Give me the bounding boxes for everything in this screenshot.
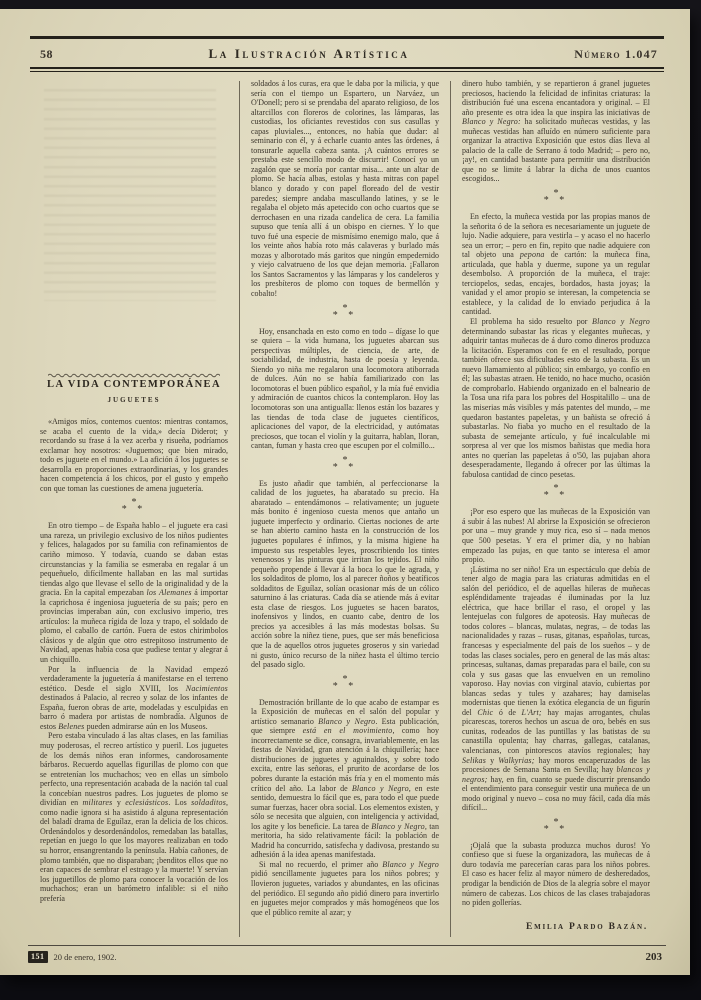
column-right: dinero hubo también, y se repartieron á …: [462, 79, 650, 937]
column-divider-left: [239, 81, 240, 937]
paragraph: ¡Lástima no ser niño! Era un espectáculo…: [462, 565, 650, 813]
header-rule: [30, 67, 664, 72]
paragraph: El problema ha sido resuelto por Blanco …: [462, 317, 650, 479]
wavy-rule: [48, 365, 220, 371]
issue-badge: 151: [28, 951, 48, 963]
asterism-divider: ** *: [462, 191, 650, 204]
top-border-rule: [30, 36, 664, 39]
paragraph: Pero estaba vinculado á las altas clases…: [40, 731, 228, 903]
asterism-divider: ** *: [251, 677, 439, 690]
column-middle: soldados á los curas, era que le daba po…: [251, 79, 439, 937]
paragraph: Por la influencia de la Navidad empezó v…: [40, 665, 228, 732]
wavy-rule-glyph: [48, 372, 220, 378]
article-subtitle: JUGUETES: [40, 396, 228, 404]
paragraph: ¡Ojalá que la subasta produzca muchos du…: [462, 841, 650, 908]
asterism-divider: ** *: [251, 458, 439, 471]
bleed-through-ghost: [40, 79, 228, 365]
magazine-page: 58 La Ilustración Artística Número 1.047…: [0, 9, 690, 975]
page-footer: 151 20 de enero, 1902. 203: [28, 945, 666, 963]
paragraph: soldados á los curas, era que le daba po…: [251, 79, 439, 299]
paragraph: Demostración brillante de lo que acabo d…: [251, 698, 439, 860]
page-header: 58 La Ilustración Artística Número 1.047: [40, 46, 658, 62]
paragraph: Es justo añadir que también, al perfecci…: [251, 479, 439, 670]
paragraph: Hoy, ensanchada en esto como en todo – d…: [251, 327, 439, 451]
paragraph: «Amigos míos, contemos cuentos: mientras…: [40, 417, 228, 493]
page-number-left: 58: [40, 47, 110, 62]
asterism-divider: ** *: [462, 486, 650, 499]
paragraph: dinero hubo también, y se repartieron á …: [462, 79, 650, 184]
asterism-divider: ** *: [40, 500, 228, 513]
author-signature: Emilia Pardo Bazán.: [462, 922, 650, 932]
paragraph: ¡Por eso espero que las muñecas de la Ex…: [462, 507, 650, 564]
asterism-divider: ** *: [462, 820, 650, 833]
section-title: LA VIDA CONTEMPORÁNEA: [40, 379, 228, 390]
paragraph: En otro tiempo – de España hablo – el ju…: [40, 521, 228, 664]
article-columns: LA VIDA CONTEMPORÁNEAJUGUETES«Amigos mío…: [40, 79, 690, 937]
column-left: LA VIDA CONTEMPORÁNEAJUGUETES«Amigos mío…: [40, 79, 228, 937]
paragraph: En efecto, la muñeca vestida por las pro…: [462, 212, 650, 317]
issue-number: Número 1.047: [508, 47, 658, 62]
page-number-right: 203: [646, 951, 663, 963]
issue-date: 20 de enero, 1902.: [54, 952, 117, 962]
journal-title: La Ilustración Artística: [110, 46, 508, 62]
asterism-divider: ** *: [251, 306, 439, 319]
column-divider-right: [450, 81, 451, 937]
paragraph: Si mal no recuerdo, el primer año Blanco…: [251, 860, 439, 917]
